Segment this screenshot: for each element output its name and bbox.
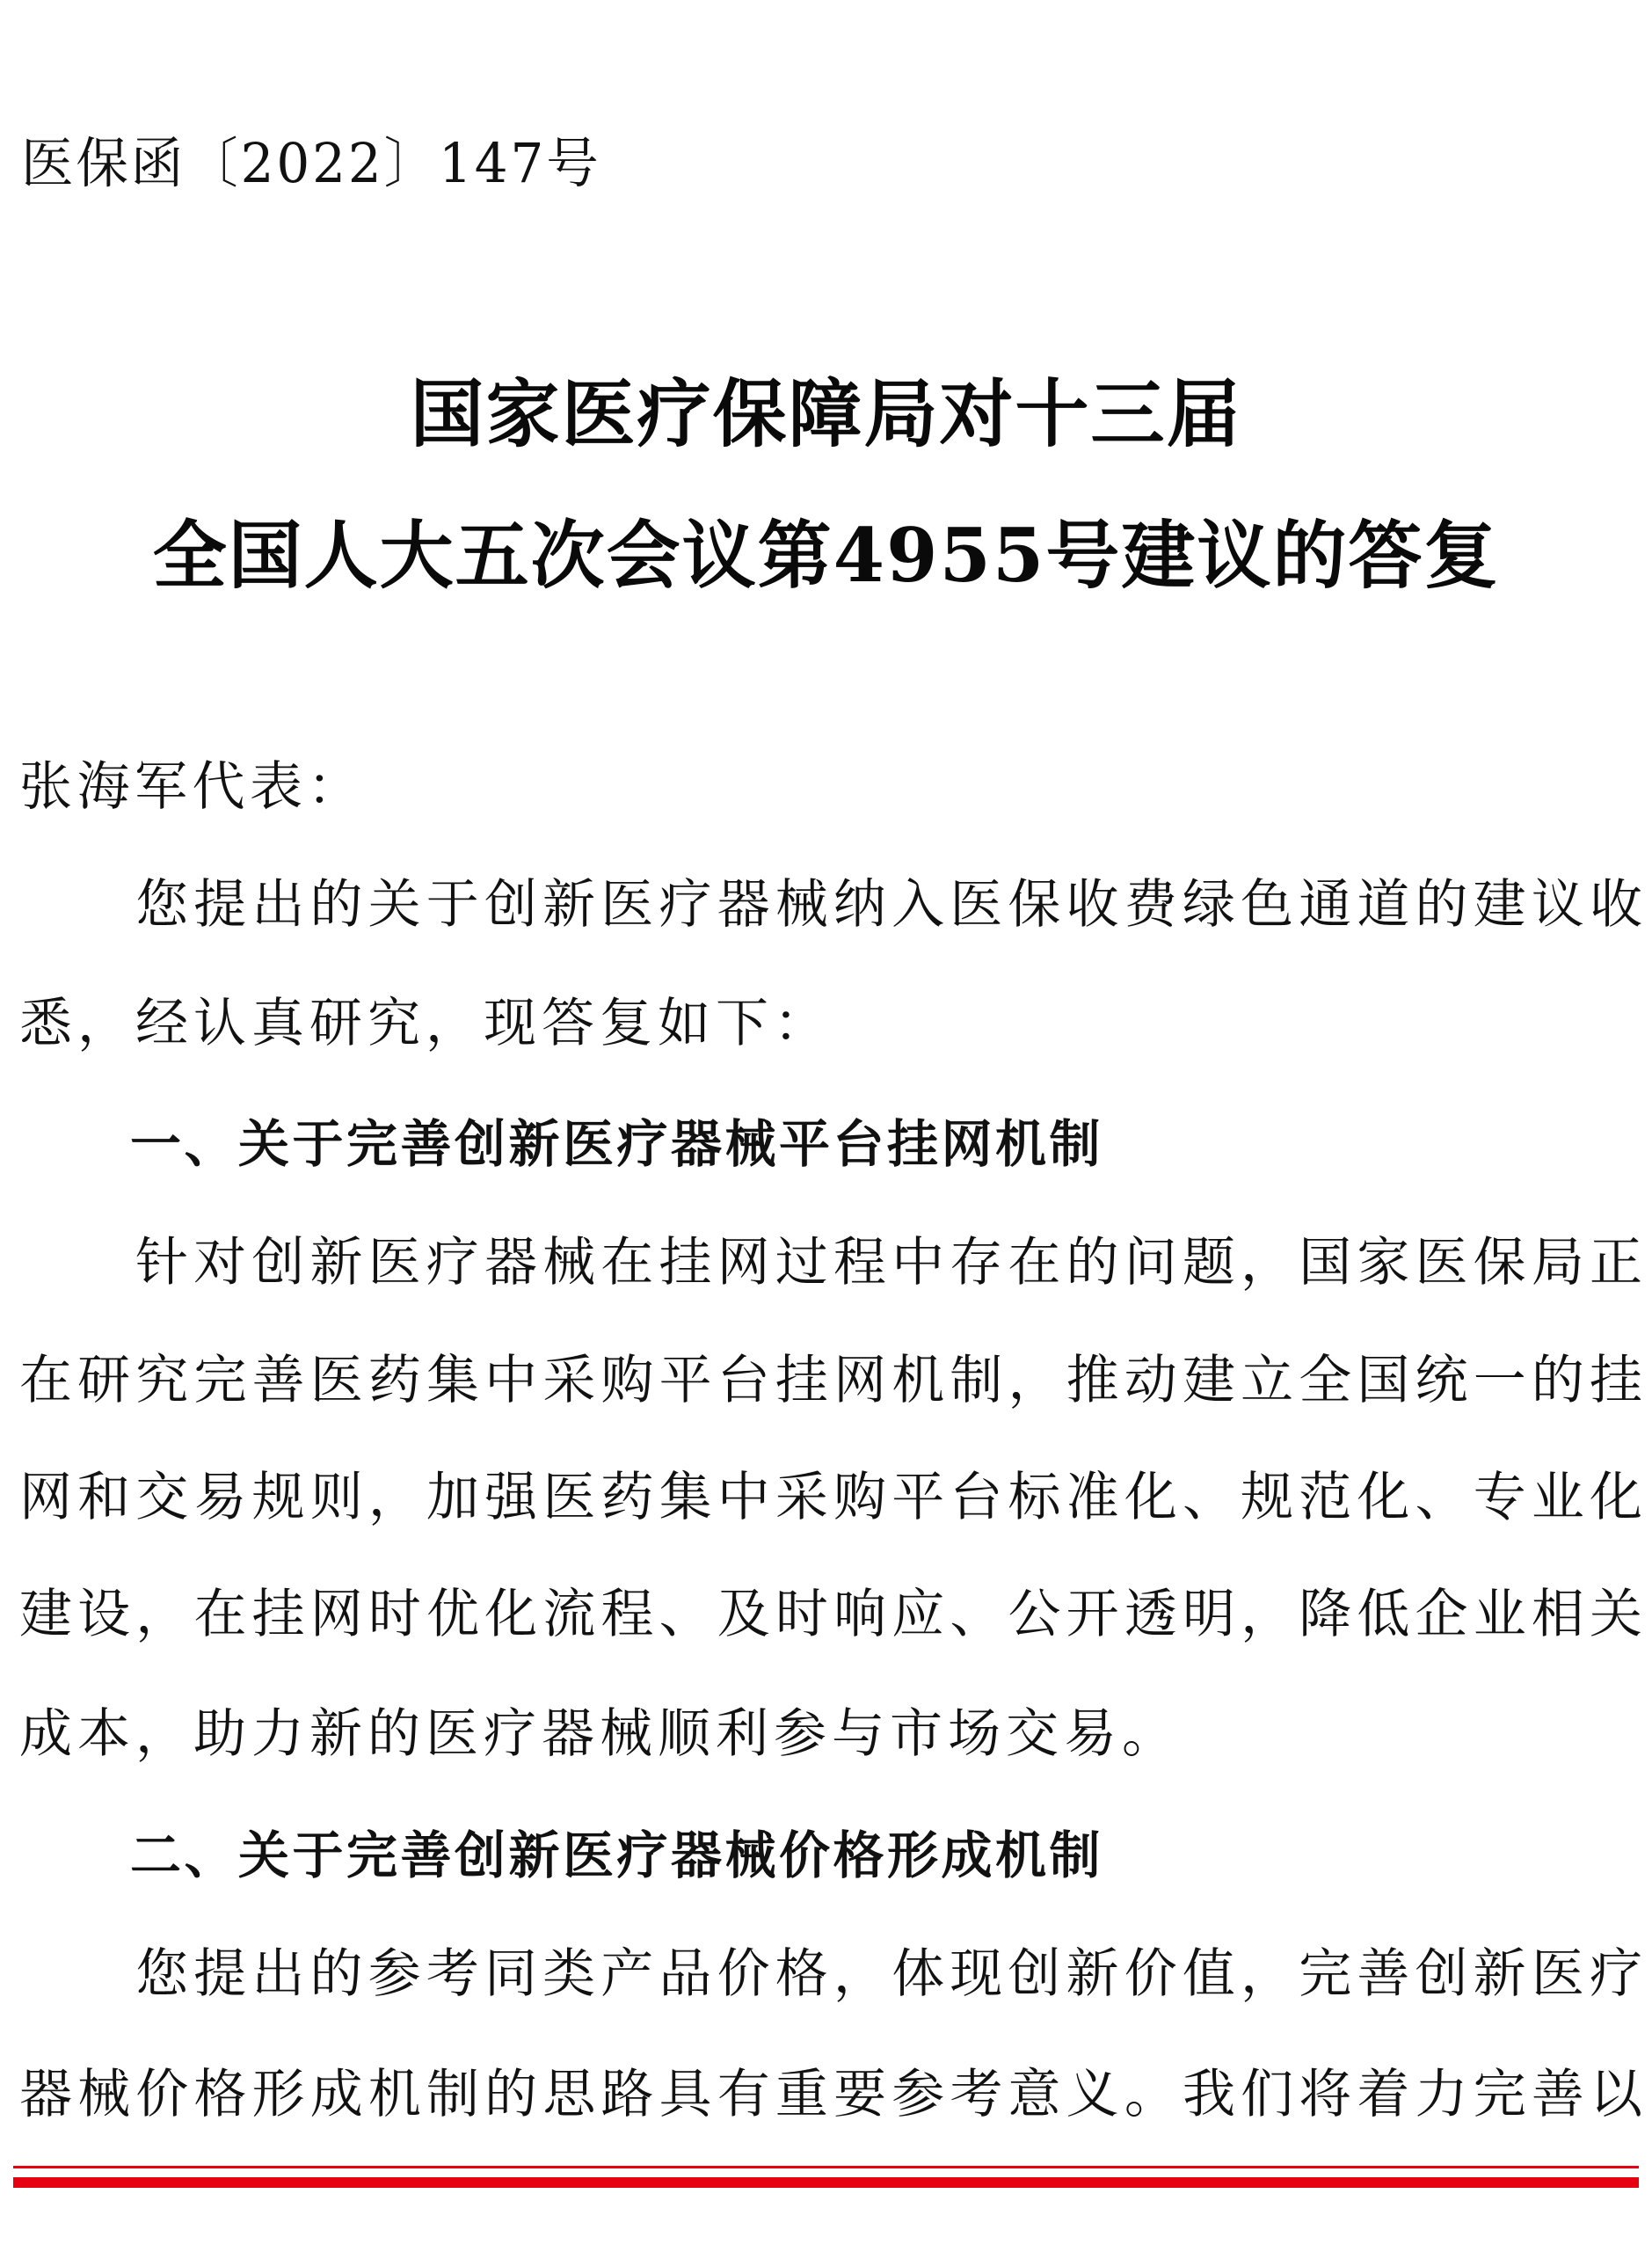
section-1-line-3: 网和交易规则，加强医药集中采购平台标准化、规范化、专业化 — [19, 1469, 1642, 1527]
document-title-line-1: 国家医疗保障局对十三届 — [0, 370, 1652, 458]
intro-paragraph-line-1: 您提出的关于创新医疗器械纳入医保收费绿色通道的建议收 — [135, 876, 1642, 934]
document-page: 医保函〔2022〕147号 国家医疗保障局对十三届 全国人大五次会议第4955号… — [0, 0, 1652, 2252]
footer-red-rule-thick — [13, 2177, 1639, 2188]
intro-paragraph-line-2: 悉，经认真研究，现答复如下： — [19, 995, 832, 1053]
section-1-line-1: 针对创新医疗器械在挂网过程中存在的问题，国家医保局正 — [135, 1234, 1642, 1292]
section-1-line-5: 成本，助力新的医疗器械顺利参与市场交易。 — [19, 1705, 1180, 1763]
section-2-line-1: 您提出的参考同类产品价格，体现创新价值，完善创新医疗 — [135, 1945, 1642, 2003]
section-1-line-4: 建设，在挂网时优化流程、及时响应、公开透明，降低企业相关 — [19, 1585, 1642, 1643]
section-2-heading: 二、关于完善创新医疗器械价格形成机制 — [130, 1826, 1103, 1884]
document-number: 医保函〔2022〕147号 — [21, 132, 601, 195]
document-title-line-2: 全国人大五次会议第4955号建议的答复 — [0, 512, 1652, 600]
salutation: 张海军代表： — [19, 758, 365, 816]
section-1-heading: 一、关于完善创新医疗器械平台挂网机制 — [130, 1115, 1103, 1173]
section-1-line-2: 在研究完善医药集中采购平台挂网机制，推动建立全国统一的挂 — [19, 1352, 1642, 1410]
section-2-line-2: 器械价格形成机制的思路具有重要参考意义。我们将着力完善以 — [19, 2066, 1642, 2124]
footer-red-rule-thin — [13, 2166, 1639, 2168]
